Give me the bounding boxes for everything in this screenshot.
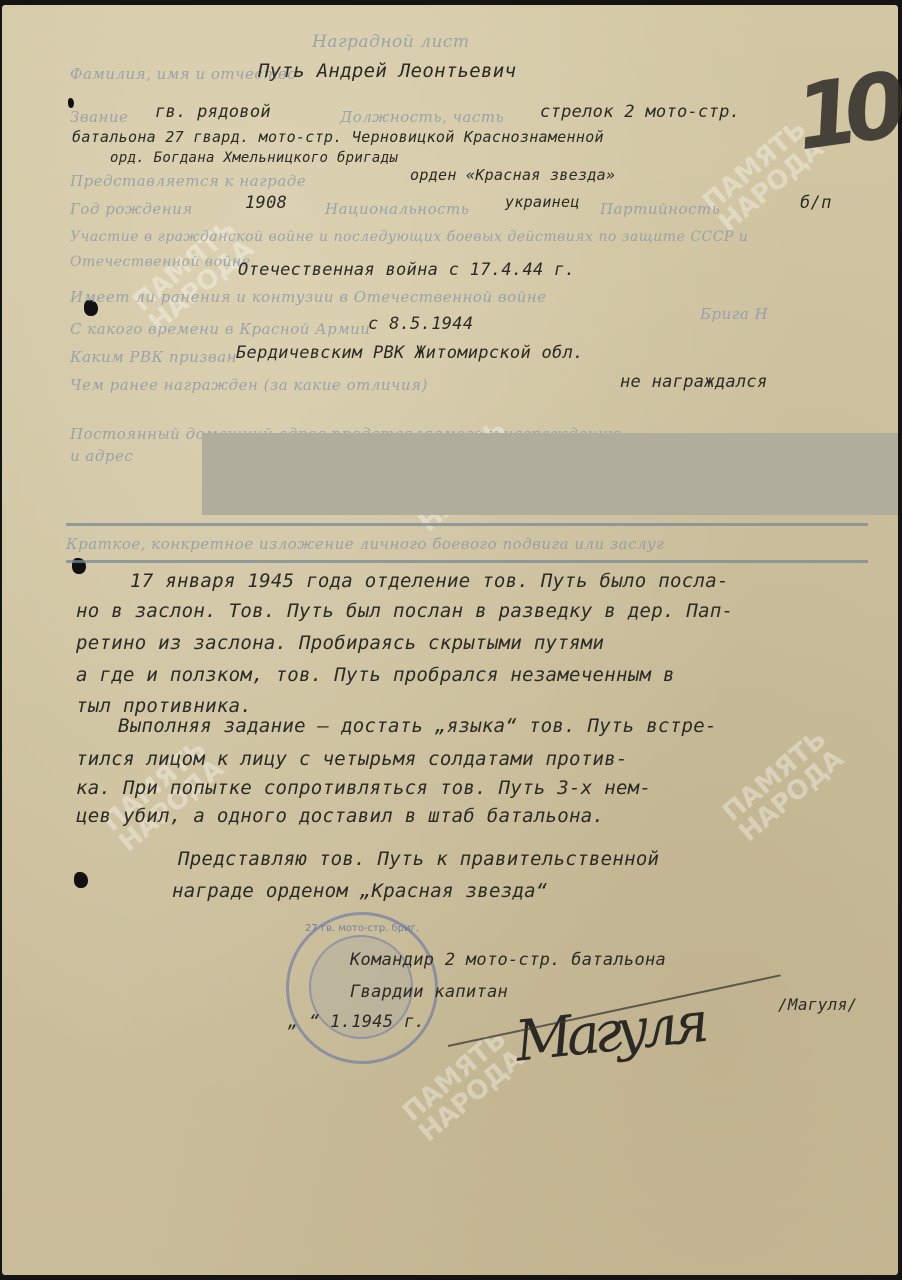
page-number: 10 xyxy=(789,54,900,172)
position-value-line3: орд. Богдана Хмельницкого бригады xyxy=(110,150,398,166)
narrative-line: а где и ползком, тов. Путь пробрался нез… xyxy=(76,664,675,686)
signer-name: /Магуля/ xyxy=(778,995,857,1014)
name-value: Путь Андрей Леонтьевич xyxy=(258,60,516,82)
divider-line xyxy=(66,523,868,526)
narrative-line: Выполняя задание — достать „языка“ тов. … xyxy=(118,715,717,737)
rank-value: гв. рядовой xyxy=(155,102,271,122)
punch-hole xyxy=(74,872,88,888)
party-label: Партийность xyxy=(600,200,720,218)
narrative-line: тыл противника. xyxy=(76,695,252,717)
nationality-label: Национальность xyxy=(325,200,469,218)
since-value: с 8.5.1944 xyxy=(368,314,473,334)
divider-line xyxy=(66,560,868,563)
section-heading: Краткое, конкретное изложение личного бо… xyxy=(66,535,664,553)
position-value-line2: батальона 27 гвард. мото-стр. Черновицко… xyxy=(72,128,604,146)
rank-label: Звание xyxy=(70,108,128,126)
award-value: орден «Красная звезда» xyxy=(410,166,615,184)
redacted-address-block xyxy=(202,433,898,515)
civil-war-value: Отечественная война с 17.4.44 г. xyxy=(238,260,575,280)
rvk-label: Каким РВК призван xyxy=(70,348,237,366)
signature-date: „ “ 1.1945 г. xyxy=(288,1012,425,1032)
marginal-note: Брига Н xyxy=(700,305,768,323)
narrative-line: ка. При попытке сопротивляться тов. Путь… xyxy=(76,777,651,799)
signature-title-line1: Командир 2 мото-стр. батальона xyxy=(350,950,666,970)
party-value: б/п xyxy=(800,193,832,213)
prior-awards-value: не награждался xyxy=(620,372,768,392)
award-label: Представляется к награде xyxy=(70,172,306,190)
recommendation-line: Представляю тов. Путь к правительственно… xyxy=(178,848,659,870)
birth-label: Год рождения xyxy=(70,200,193,218)
signature-title-line2: Гвардии капитан xyxy=(350,982,508,1002)
punch-hole xyxy=(68,98,74,108)
address-label-2: и адрес xyxy=(70,447,133,465)
birth-value: 1908 xyxy=(245,193,287,213)
wounds-label: Имеет ли ранения и контузии в Отечествен… xyxy=(70,288,547,306)
position-label: Должность, часть xyxy=(340,108,504,126)
narrative-line: ретино из заслона. Пробираясь скрытыми п… xyxy=(76,632,604,654)
since-label: С какого времени в Красной Армии xyxy=(70,320,370,338)
position-value-line1: стрелок 2 мото-стр. xyxy=(540,102,740,122)
document-title: Наградной лист xyxy=(312,32,470,52)
stamp-text: 27 гв. мото-стр. бриг. xyxy=(289,923,435,934)
prior-awards-label: Чем ранее награжден (за какие отличия) xyxy=(70,376,428,394)
narrative-line: 17 января 1945 года отделение тов. Путь … xyxy=(130,570,729,592)
nationality-value: украинец xyxy=(505,193,580,211)
rvk-value: Бердичевским РВК Житомирской обл. xyxy=(236,343,584,363)
narrative-line: но в заслон. Тов. Путь был послан в разв… xyxy=(76,600,733,622)
narrative-line: цев убил, а одного доставил в штаб батал… xyxy=(76,805,604,827)
recommendation-line: награде орденом „Красная звезда“ xyxy=(172,880,548,902)
narrative-line: тился лицом к лицу с четырьмя солдатами … xyxy=(76,748,628,770)
